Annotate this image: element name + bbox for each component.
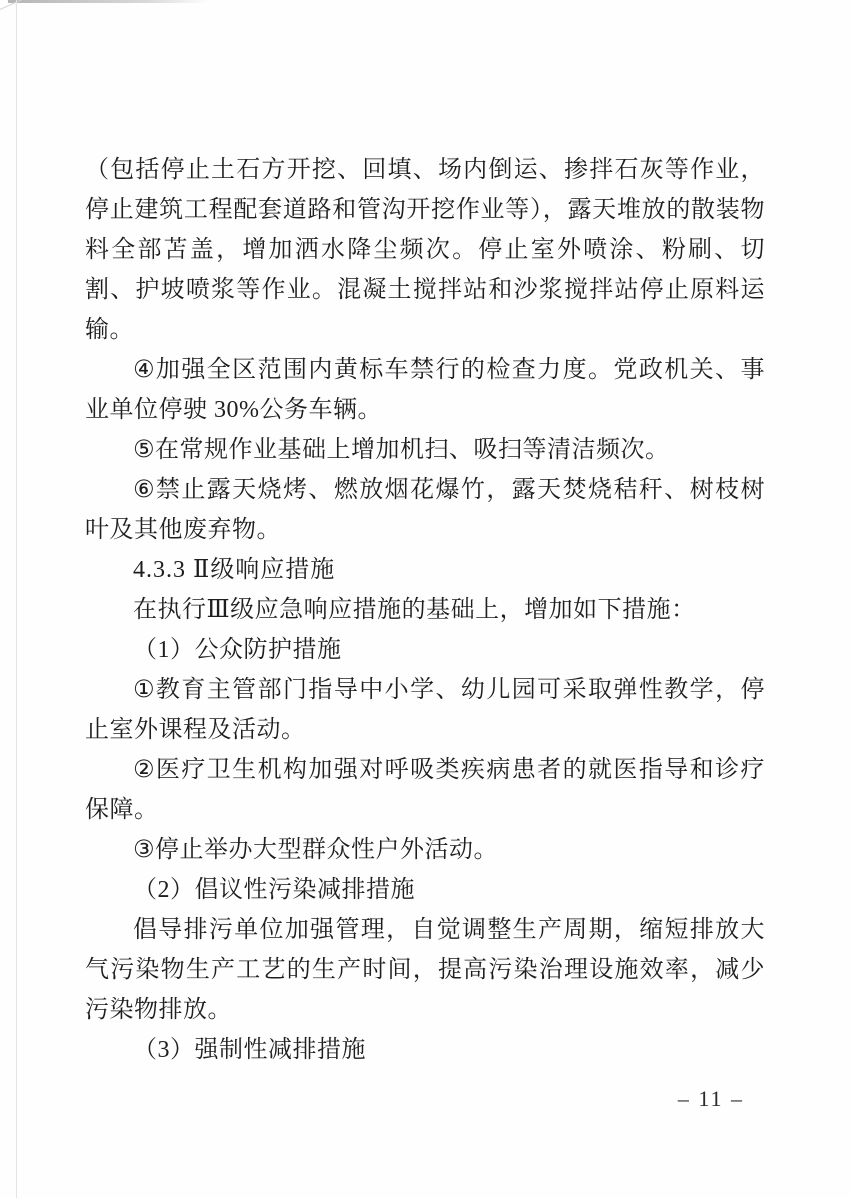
paragraph: 倡导排污单位加强管理，自觉调整生产周期，缩短排放大气污染物生产工艺的生产时间，提… xyxy=(85,910,765,1030)
section-heading: 4.3.3 Ⅱ级响应措施 xyxy=(85,550,765,590)
paragraph: 在执行Ⅲ级应急响应措施的基础上，增加如下措施： xyxy=(85,590,765,630)
paragraph: ④加强全区范围内黄标车禁行的检查力度。党政机关、事业单位停驶 30%公务车辆。 xyxy=(85,350,765,430)
scan-edge-top xyxy=(8,0,208,3)
paragraph: （包括停止土石方开挖、回填、场内倒运、掺拌石灰等作业，停止建筑工程配套道路和管沟… xyxy=(85,150,765,350)
paragraph: （2）倡议性污染减排措施 xyxy=(85,870,765,910)
document-page: （包括停止土石方开挖、回填、场内倒运、掺拌石灰等作业，停止建筑工程配套道路和管沟… xyxy=(0,0,850,1198)
paragraph: ②医疗卫生机构加强对呼吸类疾病患者的就医指导和诊疗保障。 xyxy=(85,750,765,830)
paragraph: ⑥禁止露天烧烤、燃放烟花爆竹，露天焚烧秸秆、树枝树叶及其他废弃物。 xyxy=(85,470,765,550)
document-body: （包括停止土石方开挖、回填、场内倒运、掺拌石灰等作业，停止建筑工程配套道路和管沟… xyxy=(85,150,765,1070)
paragraph: ⑤在常规作业基础上增加机扫、吸扫等清洁频次。 xyxy=(85,430,765,470)
page-number: – 11 – xyxy=(678,1086,744,1112)
paragraph: （1）公众防护措施 xyxy=(85,630,765,670)
scan-edge-left xyxy=(16,0,17,1198)
paragraph: ③停止举办大型群众性户外活动。 xyxy=(85,830,765,870)
paragraph: （3）强制性减排措施 xyxy=(85,1030,765,1070)
paragraph: ①教育主管部门指导中小学、幼儿园可采取弹性教学，停止室外课程及活动。 xyxy=(85,670,765,750)
